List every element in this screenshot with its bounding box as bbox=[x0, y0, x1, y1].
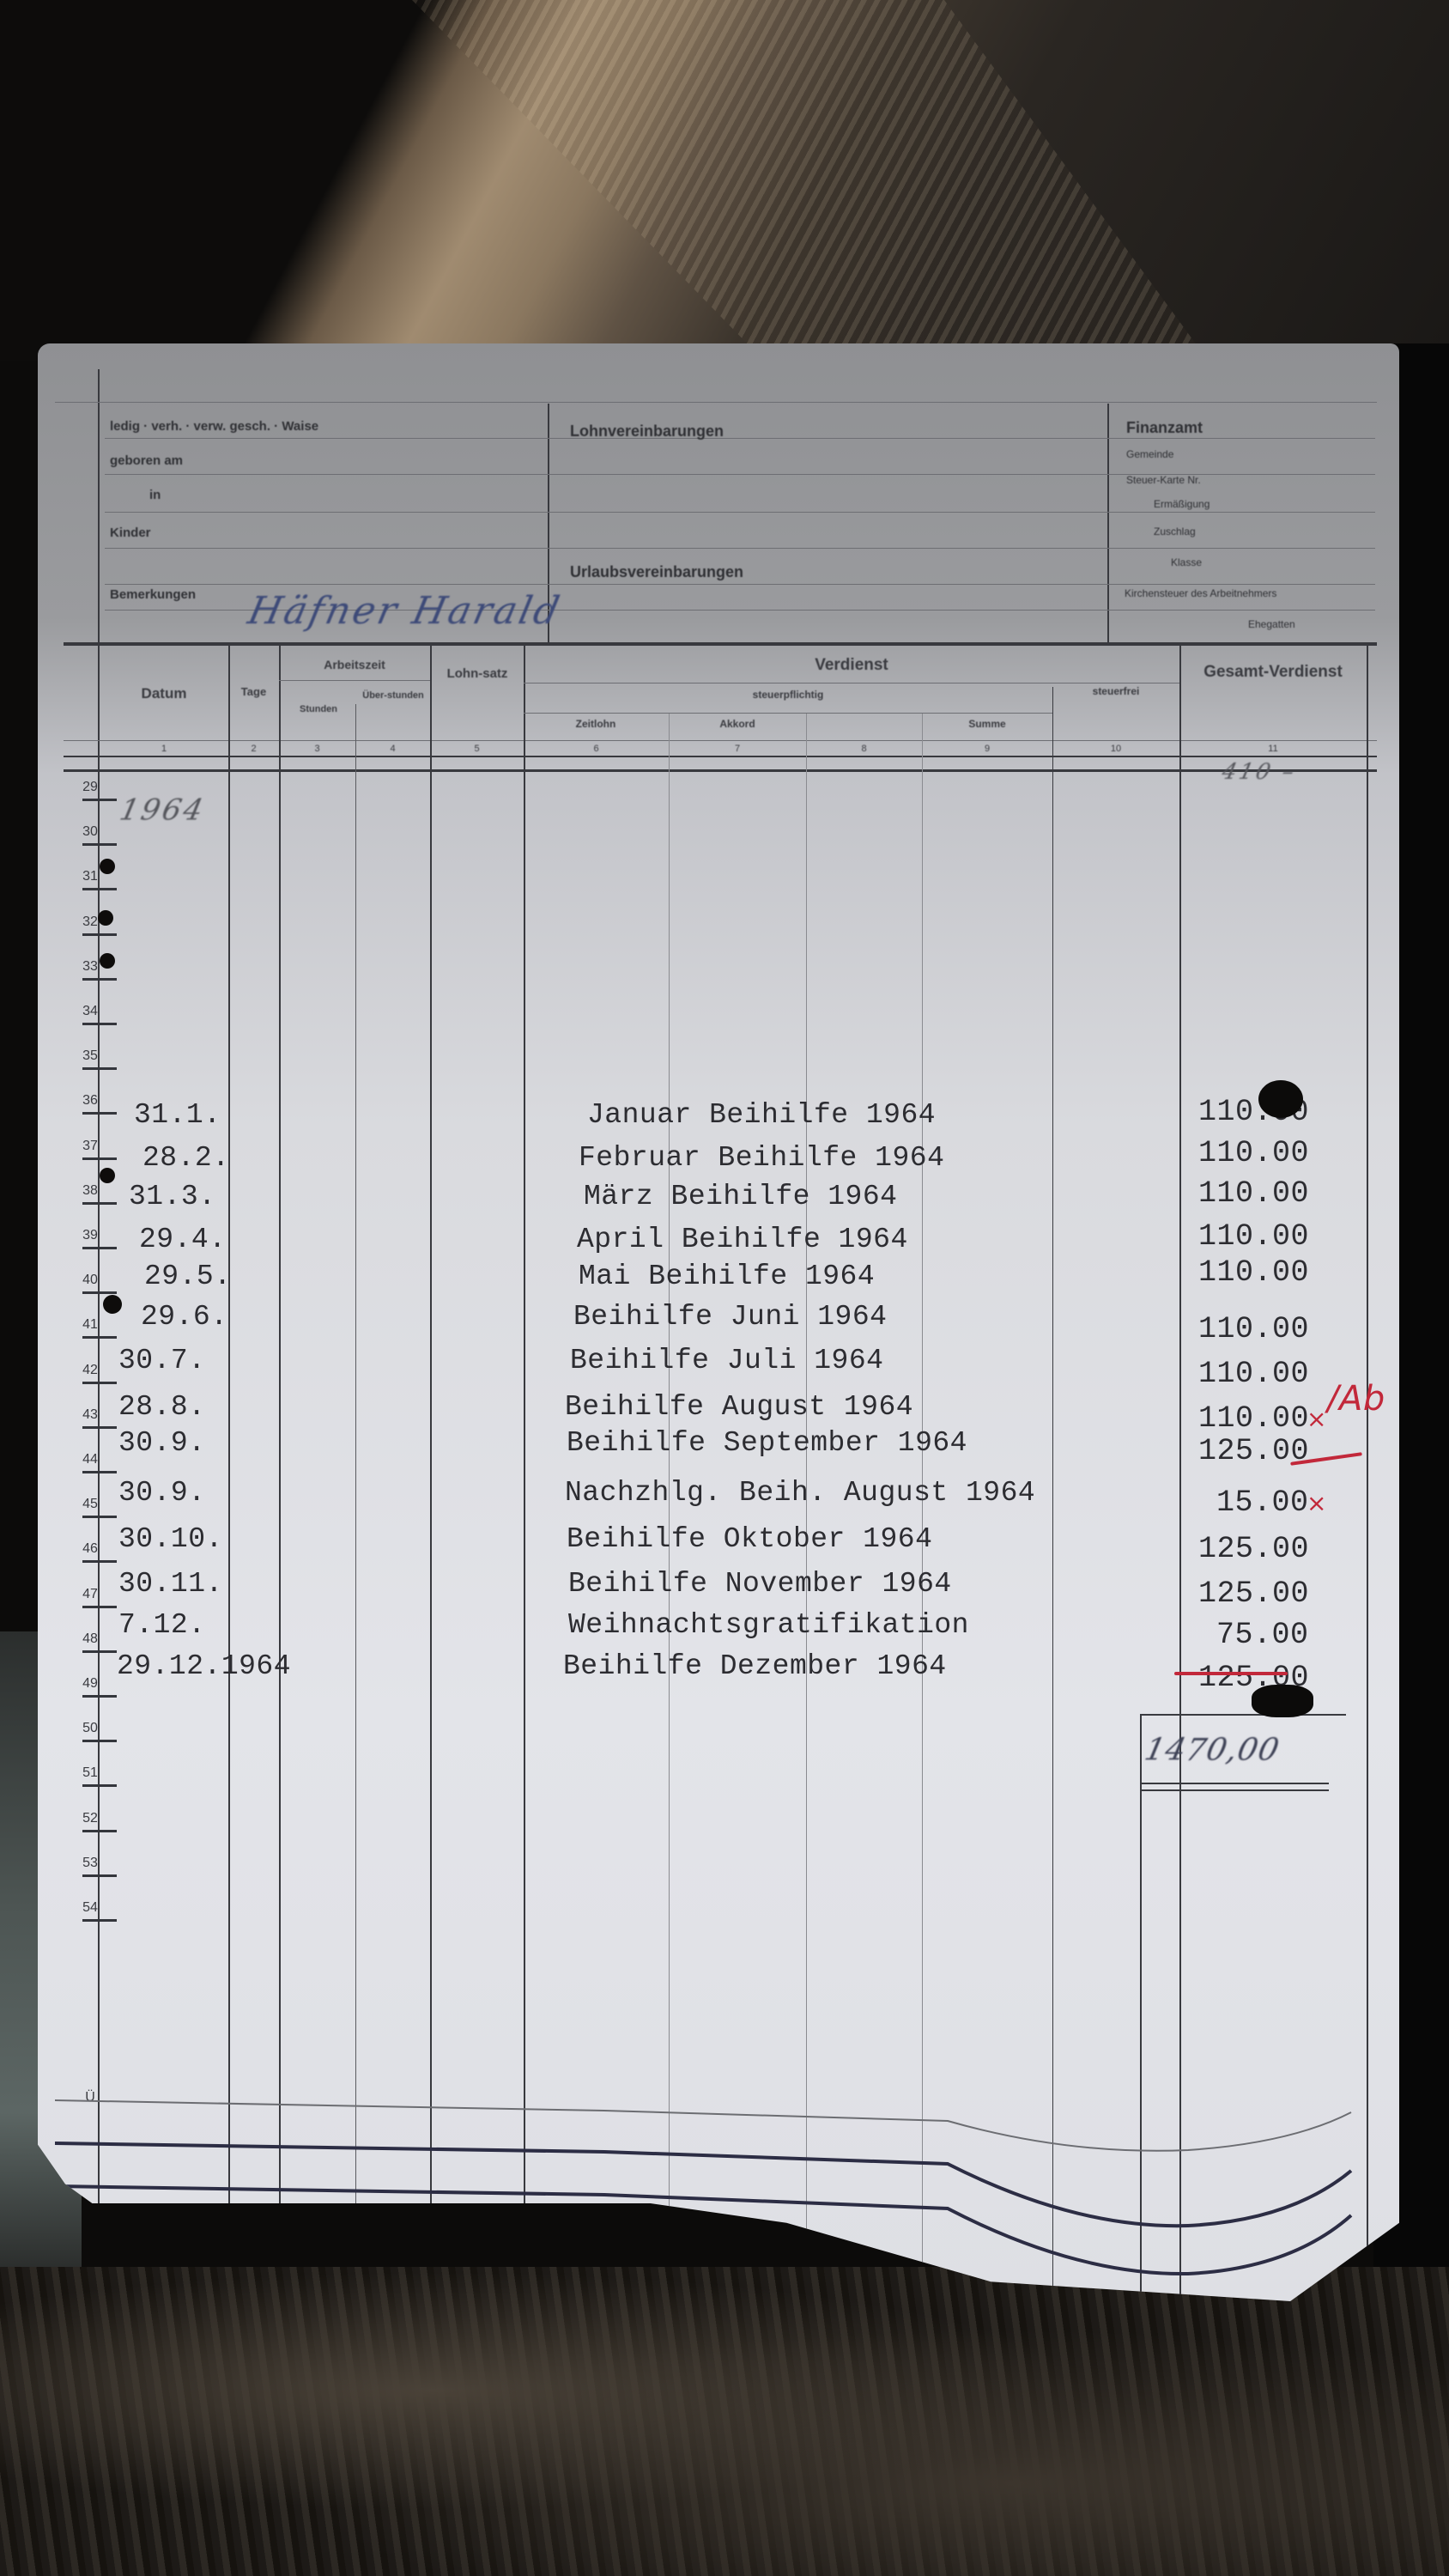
bottom-border-lines bbox=[38, 343, 1399, 2301]
background-stone-surface bbox=[0, 2267, 1449, 2576]
ledger-card: ledig · verh. · verw. gesch. · Waise geb… bbox=[38, 343, 1399, 2301]
